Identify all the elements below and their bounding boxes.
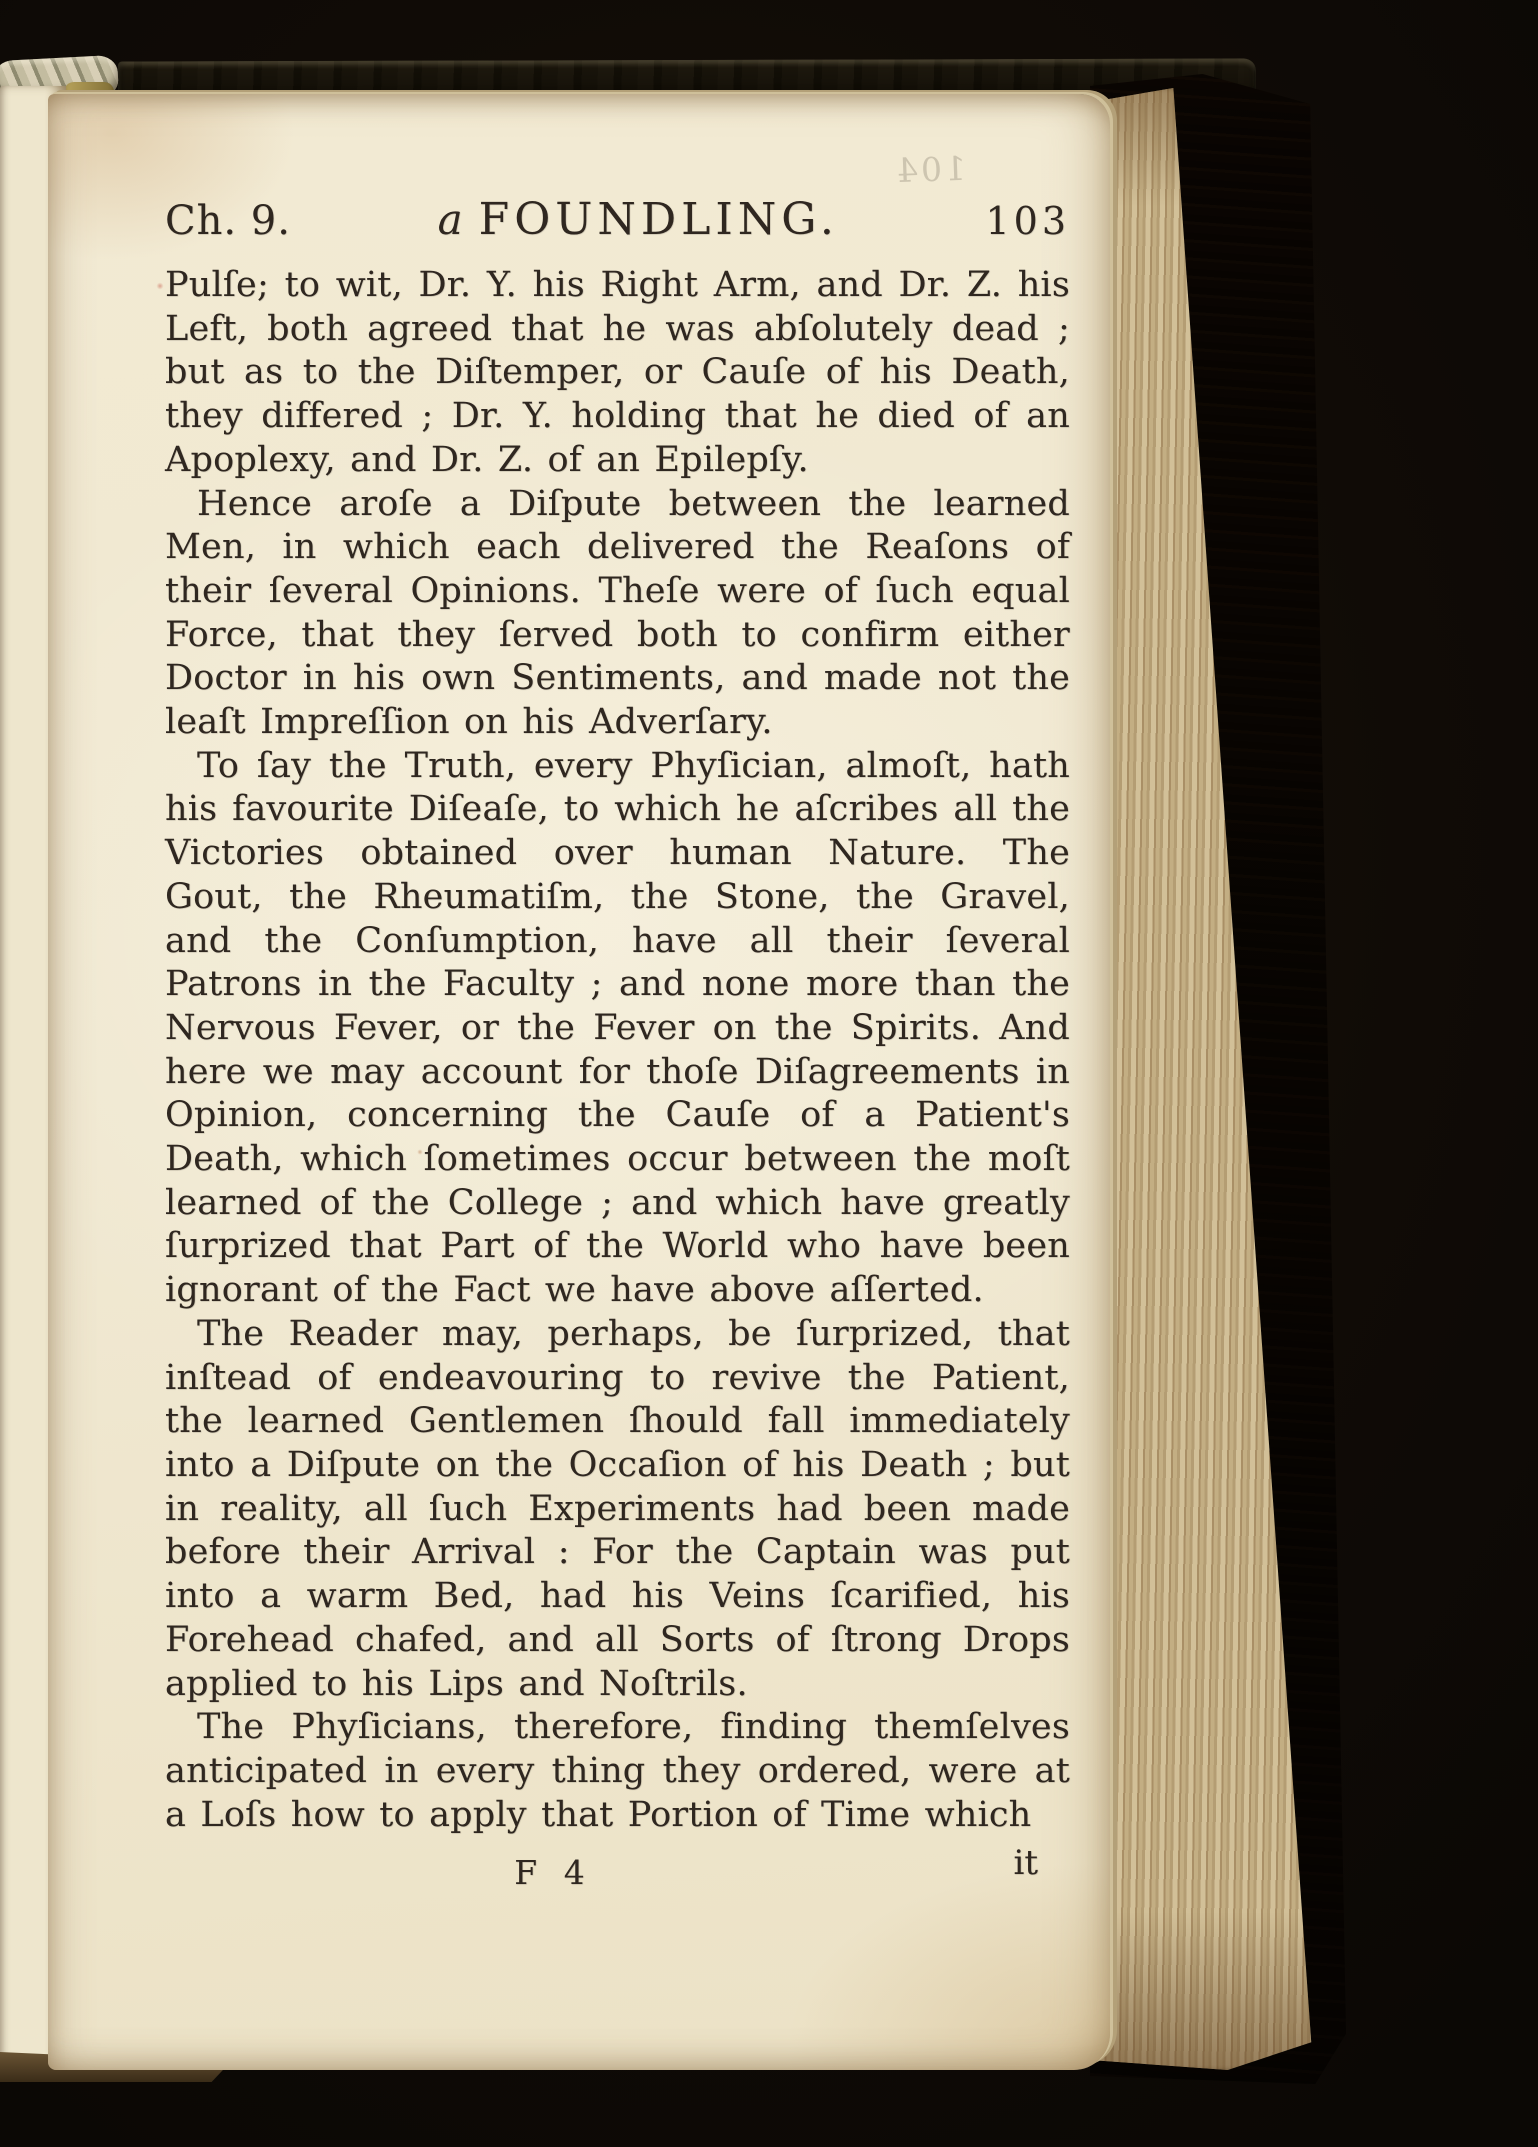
book-page: 104 Ch. 9. aFOUNDLING. 103 Pulſe; to wit…: [48, 94, 1110, 2070]
page-footer: F 4 it: [165, 1843, 1070, 1909]
running-header: Ch. 9. aFOUNDLING. 103: [165, 194, 1070, 252]
signature-mark: F 4: [514, 1853, 592, 1892]
paragraph-2: Hence aroſe a Diſpute between the learne…: [165, 483, 1070, 745]
printed-text-block: Ch. 9. aFOUNDLING. 103 Pulſe; to wit, Dr…: [165, 194, 1070, 1909]
paragraph-1: Pulſe; to wit, Dr. Y. his Right Arm, and…: [165, 264, 1070, 483]
page-title-article: a: [438, 195, 463, 244]
page-number: 103: [985, 199, 1070, 243]
photographed-book-scene: 104 Ch. 9. aFOUNDLING. 103 Pulſe; to wit…: [0, 0, 1538, 2147]
page-title-main: FOUNDLING.: [479, 194, 839, 245]
paragraph-4: The Reader may, perhaps, be ſurprized, t…: [165, 1313, 1070, 1706]
body-text: Pulſe; to wit, Dr. Y. his Right Arm, and…: [165, 264, 1070, 1837]
paragraph-5: The Phyſicians, therefore, finding themſ…: [165, 1706, 1070, 1837]
page-title: aFOUNDLING.: [291, 194, 986, 245]
chapter-label: Ch. 9.: [165, 198, 291, 244]
paragraph-3: To ſay the Truth, every Phyſician, almoſ…: [165, 745, 1070, 1313]
catchword: it: [1013, 1843, 1038, 1883]
show-through-page-number: 104: [893, 149, 966, 190]
